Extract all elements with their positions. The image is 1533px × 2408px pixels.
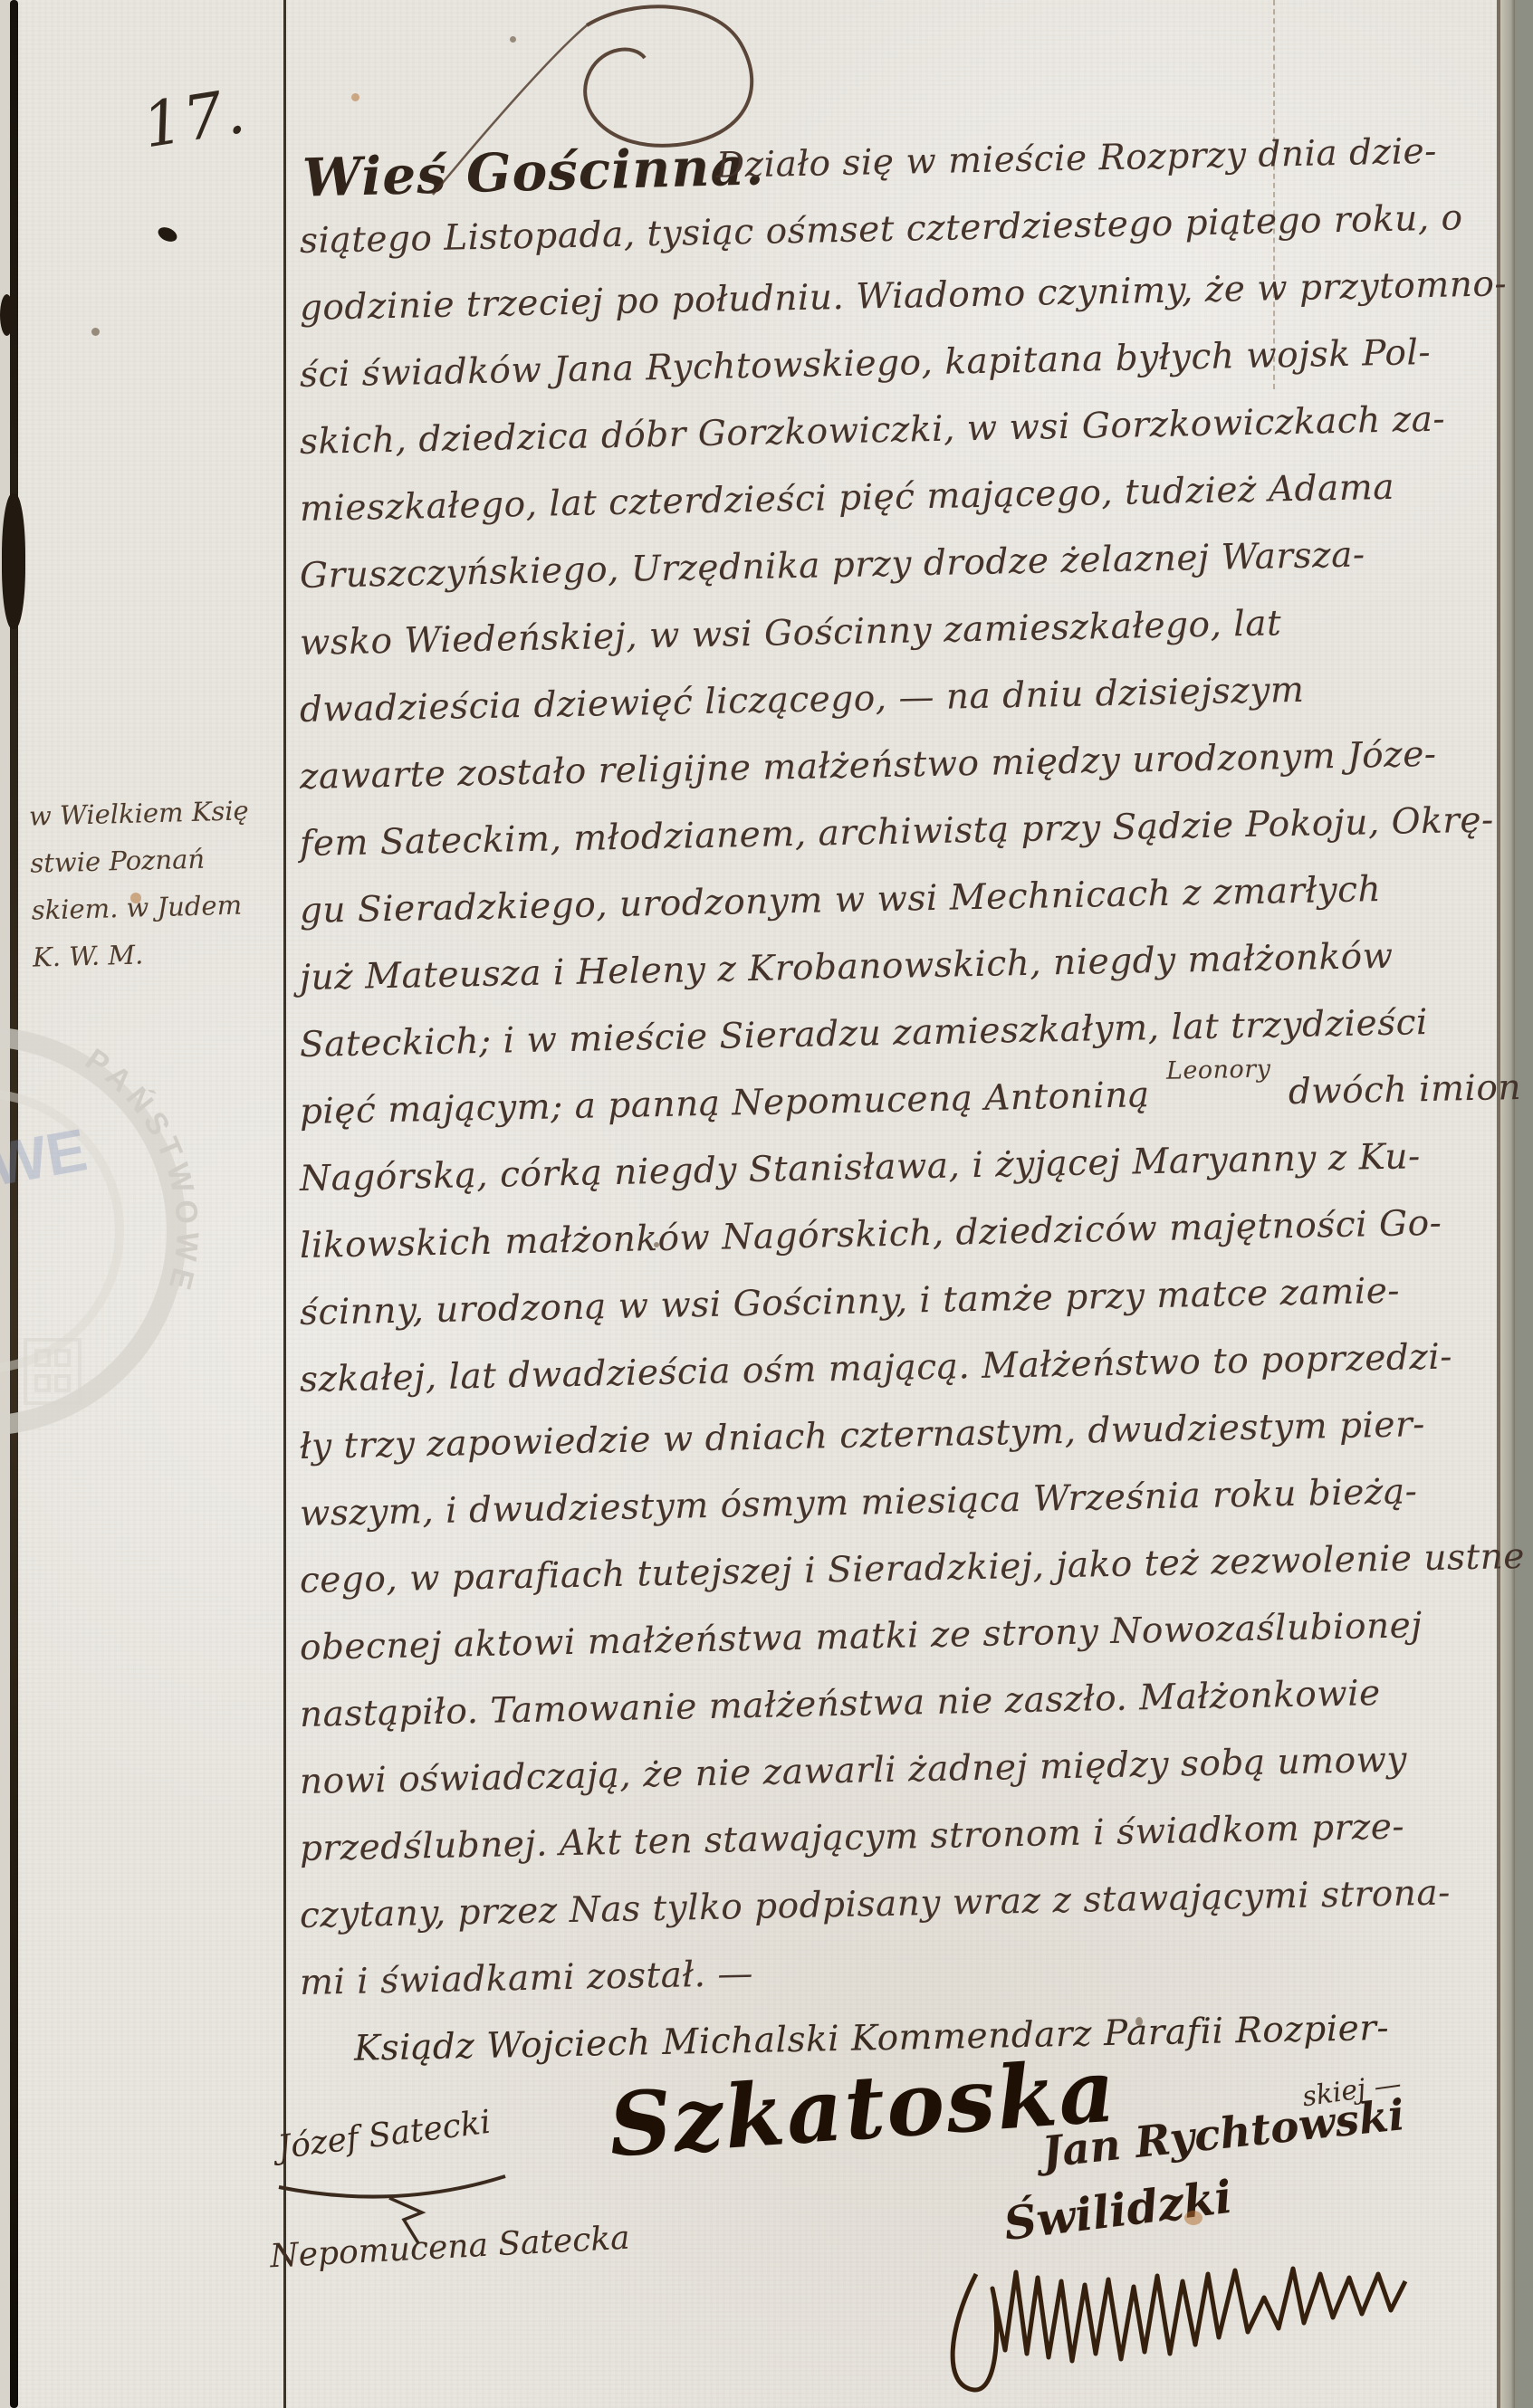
right-binding-strip	[1500, 0, 1515, 2408]
margin-note-line: skiem. w Judem	[31, 880, 285, 933]
manuscript-text-block: Wieś Gościnna. Działo się w mieście Rozp…	[301, 154, 1500, 2097]
interlinear-insertion: Leonory	[1166, 1055, 1271, 1085]
margin-rule-line	[283, 0, 286, 2408]
watermark-arc-text: PAŃSTWOWE	[79, 1042, 205, 1299]
margin-note-line: w Wielkiem Księ	[28, 786, 283, 839]
paper-speck	[654, 1242, 659, 1247]
watermark-emblem	[25, 1340, 80, 1403]
ink-speck	[156, 225, 179, 244]
signature-illegible: Świlidzki	[1001, 2170, 1234, 2250]
rust-spot	[1184, 2211, 1202, 2225]
rust-spot	[351, 93, 359, 101]
right-scan-background	[1515, 0, 1533, 2408]
margin-note: w Wielkiem Księ stwie Poznań skiem. w Ju…	[28, 786, 286, 980]
left-binding-line	[10, 0, 18, 2408]
paper-speck	[510, 36, 516, 43]
paper-speck	[1135, 2017, 1143, 2026]
paper-speck	[91, 328, 100, 336]
margin-note-line: K. W. M.	[32, 927, 286, 980]
margin-note-line: stwie Poznań	[30, 833, 284, 886]
archive-watermark: PAŃSTWOWE WE	[0, 1037, 205, 1426]
document-page: 17. w Wielkiem Księ stwie Poznań skiem. …	[0, 0, 1533, 2408]
signature-jozef-satecki: Józef Satecki	[275, 2104, 493, 2167]
record-number: 17.	[139, 76, 252, 163]
svg-text:PAŃSTWOWE: PAŃSTWOWE	[79, 1042, 205, 1299]
signature-scrawl	[953, 2269, 1405, 2390]
signature-nepomucena-satecka: Nepomucena Satecka	[269, 2220, 630, 2276]
manuscript-lines: Działo się w mieście Rozprzy dnia dzie-s…	[301, 154, 1500, 2097]
ink-blot	[2, 493, 25, 629]
ink-blot	[0, 294, 14, 336]
rust-spot	[130, 893, 141, 903]
